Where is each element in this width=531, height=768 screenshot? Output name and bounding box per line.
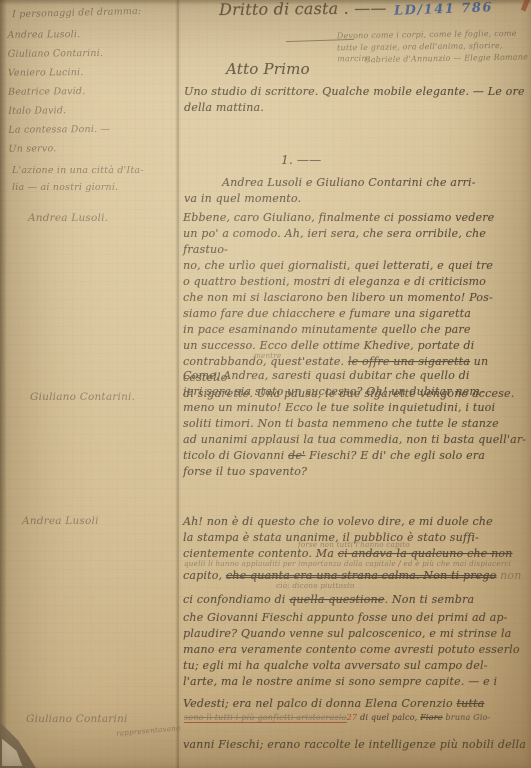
dialogue-line: che Giovanni Fieschi appunto fosse uno d… <box>183 610 529 626</box>
pencil-edit-text: ed è più che mai dispiacerci <box>401 559 511 568</box>
strikethrough-text: che quanta era una strana calma. Non ti … <box>226 569 497 582</box>
dialogue-line: capito, che quanta era una strana calma.… <box>183 568 529 584</box>
stage-direction: Uno studio di scrittore. Qualche mobile … <box>184 84 528 116</box>
strikethrough-text: Fiore <box>420 713 442 722</box>
strikethrough-text: de' <box>288 449 305 462</box>
interlinear-note: forse non tutti l'hanno capito <box>298 540 410 549</box>
dialogue-text: Ebbene, caro Giuliano, finalmente ci pos… <box>183 211 494 368</box>
scene-direction: Andrea Lusoli e Giuliano Contarini che a… <box>184 175 528 207</box>
interlinear-note: ciò; dicono piuttosto <box>276 581 355 590</box>
dialogue-line: Vedesti; era nel palco di donna Elena Co… <box>183 696 529 712</box>
cast-list-names: Andrea Lusoli. Giuliano Contarini. Venie… <box>7 24 178 158</box>
dialogue-text: capito, <box>183 569 226 582</box>
left-edge-shadow <box>0 0 7 768</box>
speaker-label-giuliano-2: Giuliano Contarini <box>26 711 128 727</box>
dialogue-line: l'arte, ma le nostre anime si sono sempr… <box>183 674 529 690</box>
dialogue-line: Ah! non è di questo che io volevo dire, … <box>183 514 529 530</box>
dialogue-text: di quel palco, <box>357 713 420 722</box>
speaker-label-andrea-2: Andrea Lusoli <box>22 513 99 529</box>
play-title: Dritto di casta . —— <box>219 0 419 18</box>
epigraph-attribution: Gabriele d'Annunzio — Elegie Romane <box>352 49 528 68</box>
strikethrough-text: tutta <box>456 697 484 710</box>
dialogue-line: vanni Fieschi; erano raccolte le intelli… <box>183 737 529 753</box>
dialogue-line: plaudire? Quando venne sul palcoscenico,… <box>183 626 529 642</box>
manuscript-page: LD/141 786 Dritto di casta . —— Devono c… <box>0 0 531 768</box>
dialogue-line: mano era veramente contento come avresti… <box>183 642 529 658</box>
dialogue-paragraph-giuliano-1: Come, Andrea, saresti quasi dubitar che … <box>183 368 529 480</box>
red-corner-mark <box>521 0 531 11</box>
cast-list-header: I personaggi del dramma: <box>12 3 184 23</box>
pencil-edit-text: non <box>496 569 521 582</box>
dialogue-text: . Non ti sembra <box>385 593 475 606</box>
dialogue-text: Vedesti; era nel palco di donna Elena Co… <box>183 697 456 710</box>
dialogue-text: bruna Gio- <box>443 713 491 722</box>
pencil-edit-line: sono lì tutti i più gonfietti aristocraz… <box>184 713 528 723</box>
speaker-label-andrea-1: Andrea Lusoli. <box>28 210 108 226</box>
dialogue-line: tu; egli mi ha qualche volta avversato s… <box>183 658 529 674</box>
setting-note: L'azione in una città d'Ita- lia — ai no… <box>12 162 180 196</box>
strikethrough-text: le offre una sigaretta <box>348 355 470 368</box>
speaker-label-giuliano-1: Giuliano Contarini. <box>30 389 135 405</box>
interlinear-note: mentre <box>254 351 281 360</box>
strikethrough-pencil-text: sono lì tutti i più gonfietti aristocraz… <box>184 713 347 723</box>
red-edit-mark: 27 <box>347 713 358 722</box>
strikethrough-text: quella questione <box>289 593 384 606</box>
dialogue-text: ci confondiamo di <box>183 593 289 606</box>
act-heading: Atto Primo <box>226 61 310 77</box>
dialogue-line: ci confondiamo di quella questione. Non … <box>183 592 529 608</box>
pencil-edit-line: quelli li hanno applauditi per importanz… <box>184 559 528 568</box>
scene-number: 1. —— <box>281 152 321 168</box>
pencil-edit-text: quelli li hanno applauditi per importanz… <box>184 559 398 568</box>
